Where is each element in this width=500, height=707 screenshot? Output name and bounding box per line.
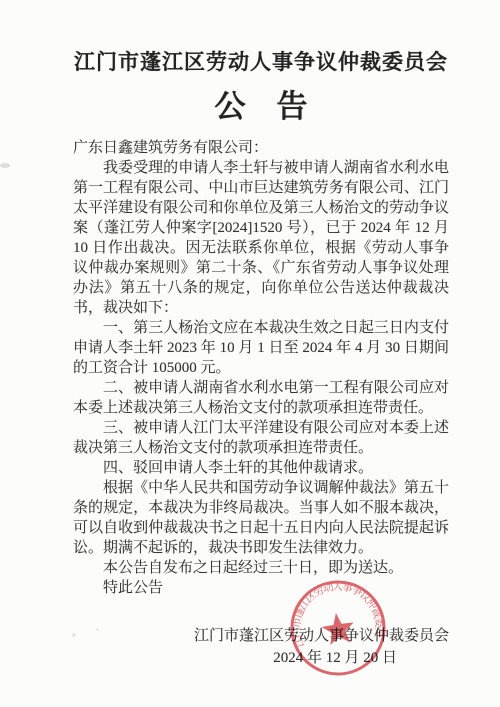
notice-paragraph: 特此公告 [73,578,449,598]
notice-paragraph: 一、第三人杨治文应在本裁决生效之日起三日内支付申请人李土轩 2023 年 10 … [73,318,449,378]
notice-paragraph: 根据《中华人民共和国劳动争议调解仲裁法》第五十条的规定，本裁决为非终局裁决。当事… [73,478,449,558]
notice-paragraphs: 我委受理的申请人李土轩与被申请人湖南省水利水电第一工程有限公司、中山市巨达建筑劳… [73,158,449,598]
recipient-line: 广东日鑫建筑劳务有限公司： [73,138,449,158]
seal-ring-text-holder: 江门市蓬江区劳动人事争议仲裁委员会 [282,572,389,654]
seal-ring-text: 江门市蓬江区劳动人事争议仲裁委员会 [282,572,389,654]
notice-paragraph: 四、驳回申请人李土轩的其他仲裁请求。 [73,458,449,478]
scan-artifact [0,163,10,168]
signature-org: 江门市蓬江区劳动人事争议仲裁委员会 [73,625,449,647]
notice-title: 公 告 [73,81,449,126]
notice-document: 江门市蓬江区劳动人事争议仲裁委员会 公 告 广东日鑫建筑劳务有限公司： 我委受理… [0,0,500,707]
notice-body: 广东日鑫建筑劳务有限公司： 我委受理的申请人李土轩与被申请人湖南省水利水电第一工… [73,138,449,669]
notice-paragraph: 本公告自发布之日起经过三十日，即为送达。 [73,558,449,578]
notice-paragraph: 我委受理的申请人李土轩与被申请人湖南省水利水电第一工程有限公司、中山市巨达建筑劳… [73,158,449,318]
issuer-title: 江门市蓬江区劳动人事争议仲裁委员会 [73,46,449,76]
official-seal-stamp: 江门市蓬江区劳动人事争议仲裁委员会 [282,572,395,685]
star-icon [320,611,356,646]
notice-paragraph: 二、被申请人湖南省水利水电第一工程有限公司应对本委上述裁决第三人杨治文支付的款项… [73,378,449,418]
scan-artifact [72,633,76,637]
scan-artifact [96,628,99,631]
notice-paragraph: 三、被申请人江门太平洋建设有限公司应对本委上述裁决第三人杨治文支付的款项承担连带… [73,418,449,458]
